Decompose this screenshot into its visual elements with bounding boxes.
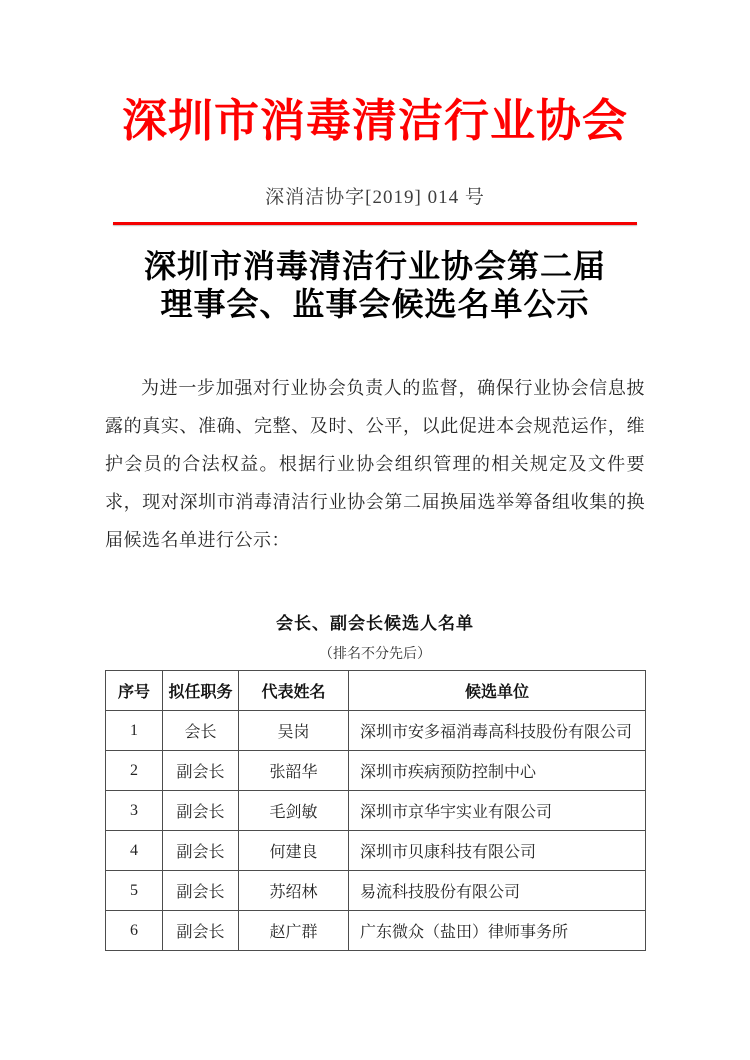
seq-cell: 2: [106, 751, 163, 791]
table-row: 3 副会长 毛剑敏 深圳市京华宇实业有限公司: [106, 791, 646, 831]
name-cell: 赵广群: [239, 911, 349, 951]
name-cell: 毛剑敏: [239, 791, 349, 831]
org-cell: 深圳市安多福消毒高科技股份有限公司: [349, 711, 646, 751]
red-divider-line: [113, 222, 637, 225]
candidate-table: 序号 拟任职务 代表姓名 候选单位 1 会长 吴岗 深圳市安多福消毒高科技股份有…: [105, 670, 646, 951]
post-cell: 副会长: [163, 751, 239, 791]
post-cell: 副会长: [163, 911, 239, 951]
post-cell: 会长: [163, 711, 239, 751]
org-cell: 深圳市疾病预防控制中心: [349, 751, 646, 791]
announcement-body: 为进一步加强对行业协会负责人的监督，确保行业协会信息披露的真实、准确、完整、及时…: [105, 369, 645, 559]
association-title: 深圳市消毒清洁行业协会: [105, 96, 645, 146]
name-cell: 吴岗: [239, 711, 349, 751]
candidate-list-title: 会长、副会长候选人名单: [105, 609, 645, 634]
post-cell: 副会长: [163, 871, 239, 911]
post-cell: 副会长: [163, 831, 239, 871]
org-cell: 易流科技股份有限公司: [349, 871, 646, 911]
seq-cell: 6: [106, 911, 163, 951]
column-header-name: 代表姓名: [239, 671, 349, 711]
column-header-post: 拟任职务: [163, 671, 239, 711]
document-page: 深圳市消毒清洁行业协会 深消洁协字[2019] 014 号 深圳市消毒清洁行业协…: [105, 0, 645, 951]
column-header-org: 候选单位: [349, 671, 646, 711]
table-row: 2 副会长 张韶华 深圳市疾病预防控制中心: [106, 751, 646, 791]
table-row: 5 副会长 苏绍林 易流科技股份有限公司: [106, 871, 646, 911]
name-cell: 张韶华: [239, 751, 349, 791]
org-cell: 广东微众（盐田）律师事务所: [349, 911, 646, 951]
table-row: 4 副会长 何建良 深圳市贝康科技有限公司: [106, 831, 646, 871]
seq-cell: 4: [106, 831, 163, 871]
candidate-list-subtitle: （排名不分先后）: [105, 643, 645, 663]
seq-cell: 3: [106, 791, 163, 831]
column-header-seq: 序号: [106, 671, 163, 711]
post-cell: 副会长: [163, 791, 239, 831]
table-header-row: 序号 拟任职务 代表姓名 候选单位: [106, 671, 646, 711]
seq-cell: 5: [106, 871, 163, 911]
org-cell: 深圳市贝康科技有限公司: [349, 831, 646, 871]
document-number: 深消洁协字[2019] 014 号: [105, 182, 645, 209]
name-cell: 苏绍林: [239, 871, 349, 911]
org-cell: 深圳市京华宇实业有限公司: [349, 791, 646, 831]
seq-cell: 1: [106, 711, 163, 751]
table-row: 6 副会长 赵广群 广东微众（盐田）律师事务所: [106, 911, 646, 951]
announcement-heading-line2: 理事会、监事会候选名单公示: [105, 285, 645, 323]
name-cell: 何建良: [239, 831, 349, 871]
announcement-heading-line1: 深圳市消毒清洁行业协会第二届: [105, 247, 645, 285]
announcement-heading: 深圳市消毒清洁行业协会第二届 理事会、监事会候选名单公示: [105, 247, 645, 323]
table-row: 1 会长 吴岗 深圳市安多福消毒高科技股份有限公司: [106, 711, 646, 751]
